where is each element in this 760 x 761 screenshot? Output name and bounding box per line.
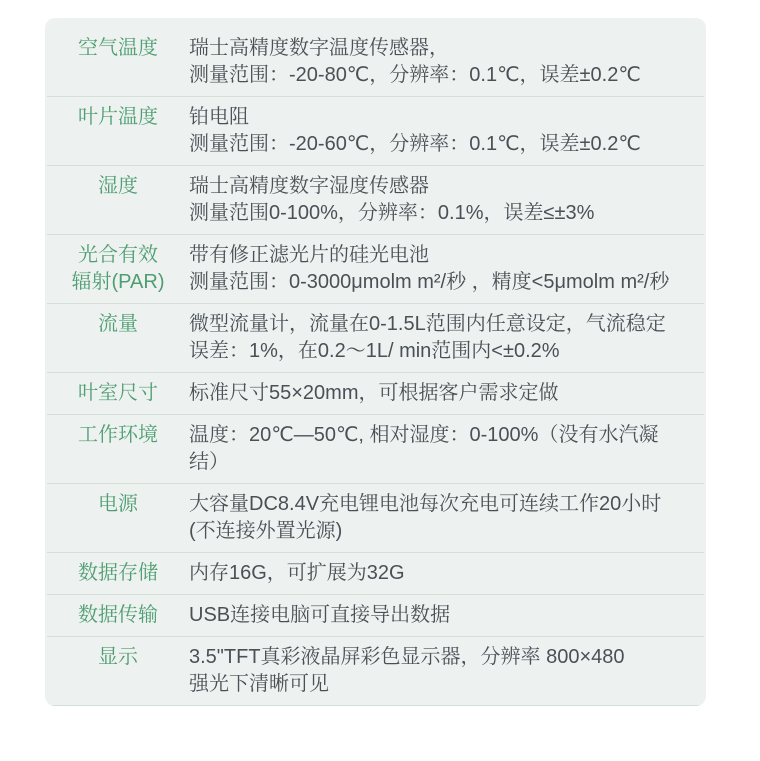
spec-row: 电源 大容量DC8.4V充电锂电池每次充电可连续工作20小时 (不连接外置光源) bbox=[47, 484, 704, 553]
spec-panel: 空气温度 瑞士高精度数字温度传感器， 测量范围：-20-80℃，分辨率：0.1℃… bbox=[45, 18, 706, 706]
spec-label: 叶片温度 bbox=[47, 104, 189, 131]
spec-value: USB连接电脑可直接导出数据 bbox=[189, 602, 704, 629]
spec-value: 温度：20℃—50℃, 相对湿度：0-100%（没有水汽凝结） bbox=[189, 422, 704, 476]
spec-row: 数据传输 USB连接电脑可直接导出数据 bbox=[47, 595, 704, 637]
spec-row: 工作环境 温度：20℃—50℃, 相对湿度：0-100%（没有水汽凝结） bbox=[47, 415, 704, 484]
spec-row: 空气温度 瑞士高精度数字温度传感器， 测量范围：-20-80℃，分辨率：0.1℃… bbox=[47, 28, 704, 97]
spec-value: 微型流量计，流量在0-1.5L范围内任意设定，气流稳定 误差：1%，在0.2～1… bbox=[189, 311, 704, 365]
spec-label: 叶室尺寸 bbox=[47, 380, 189, 407]
spec-row: 数据存储 内存16G，可扩展为32G bbox=[47, 553, 704, 595]
spec-value: 瑞士高精度数字湿度传感器 测量范围0-100%，分辨率：0.1%，误差≤±3% bbox=[189, 173, 704, 227]
spec-value: 大容量DC8.4V充电锂电池每次充电可连续工作20小时 (不连接外置光源) bbox=[189, 491, 704, 545]
spec-label: 流量 bbox=[47, 311, 189, 338]
spec-label: 数据存储 bbox=[47, 560, 189, 587]
spec-label: 空气温度 bbox=[47, 35, 189, 62]
spec-value: 标准尺寸55×20mm，可根据客户需求定做 bbox=[189, 380, 704, 407]
spec-value: 带有修正滤光片的硅光电池 测量范围：0-3000μmolm m²/秒 ，精度<5… bbox=[189, 242, 704, 296]
spec-row: 显示 3.5"TFT真彩液晶屏彩色显示器，分辨率 800×480 强光下清晰可见 bbox=[47, 637, 704, 706]
spec-label: 光合有效 辐射(PAR) bbox=[47, 242, 189, 296]
spec-value: 铂电阻 测量范围：-20-60℃，分辨率：0.1℃，误差±0.2℃ bbox=[189, 104, 704, 158]
spec-value: 内存16G，可扩展为32G bbox=[189, 560, 704, 587]
spec-value: 瑞士高精度数字温度传感器， 测量范围：-20-80℃，分辨率：0.1℃，误差±0… bbox=[189, 35, 704, 89]
spec-row: 光合有效 辐射(PAR) 带有修正滤光片的硅光电池 测量范围：0-3000μmo… bbox=[47, 235, 704, 304]
spec-label: 电源 bbox=[47, 491, 189, 518]
spec-row: 流量 微型流量计，流量在0-1.5L范围内任意设定，气流稳定 误差：1%，在0.… bbox=[47, 304, 704, 373]
spec-label: 工作环境 bbox=[47, 422, 189, 449]
spec-label: 数据传输 bbox=[47, 602, 189, 629]
spec-row: 湿度 瑞士高精度数字湿度传感器 测量范围0-100%，分辨率：0.1%，误差≤±… bbox=[47, 166, 704, 235]
spec-label: 显示 bbox=[47, 644, 189, 671]
spec-value: 3.5"TFT真彩液晶屏彩色显示器，分辨率 800×480 强光下清晰可见 bbox=[189, 644, 704, 698]
spec-row: 叶片温度 铂电阻 测量范围：-20-60℃，分辨率：0.1℃，误差±0.2℃ bbox=[47, 97, 704, 166]
spec-label: 湿度 bbox=[47, 173, 189, 200]
spec-row: 叶室尺寸 标准尺寸55×20mm，可根据客户需求定做 bbox=[47, 373, 704, 415]
